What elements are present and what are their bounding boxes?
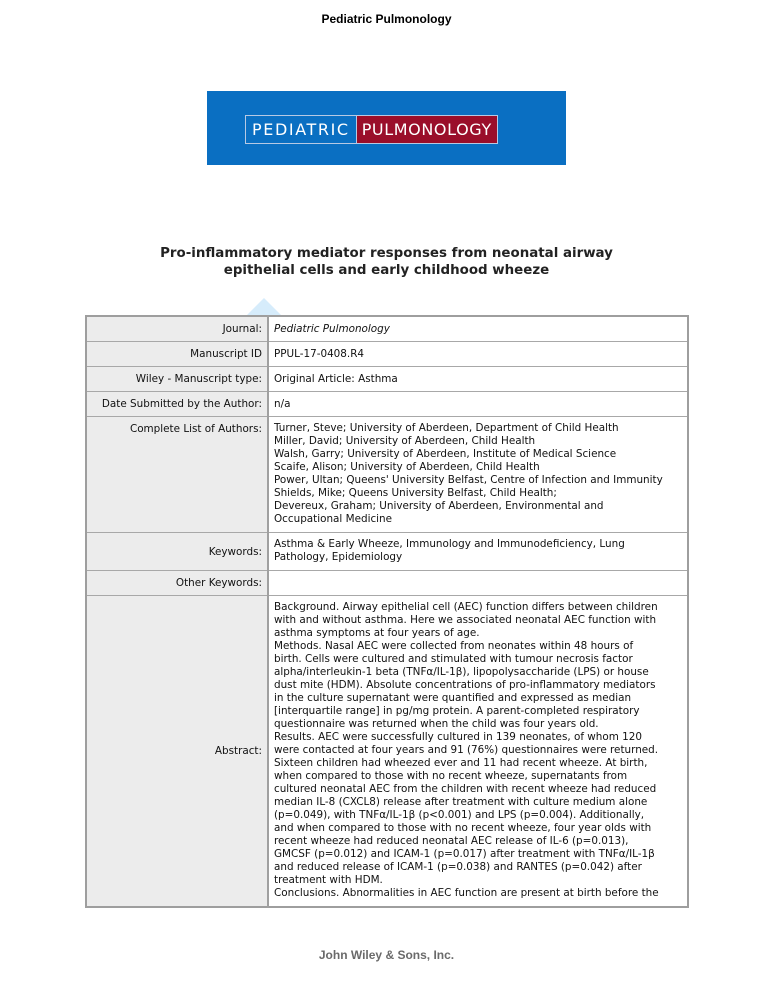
abstract-line: GMCSF (p=0.012) and ICAM-1 (p=0.017) aft…: [274, 848, 682, 861]
table-row-journal: Journal: Pediatric Pulmonology: [86, 316, 688, 342]
authors-value: Turner, Steve; University of Aberdeen, D…: [268, 417, 688, 533]
abstract-line: birth. Cells were cultured and stimulate…: [274, 653, 682, 666]
abstract-line: (p=0.049), with TNFα/IL-1β (p<0.001) and…: [274, 809, 682, 822]
author-line: Scaife, Alison; University of Aberdeen, …: [274, 461, 682, 474]
abstract-line: when compared to those with no recent wh…: [274, 770, 682, 783]
manuscript-id-label: Manuscript ID: [86, 342, 268, 367]
abstract-line: and reduced release of ICAM-1 (p=0.038) …: [274, 861, 682, 874]
date-submitted-label: Date Submitted by the Author:: [86, 392, 268, 417]
keywords-line: Pathology, Epidemiology: [274, 551, 682, 564]
abstract-line: Methods. Nasal AEC were collected from n…: [274, 640, 682, 653]
abstract-line: and when compared to those with no recen…: [274, 822, 682, 835]
authors-label: Complete List of Authors:: [86, 417, 268, 533]
watermark-chevron-icon: [246, 298, 282, 316]
author-line: Devereux, Graham; University of Aberdeen…: [274, 500, 682, 513]
author-line: Walsh, Garry; University of Aberdeen, In…: [274, 448, 682, 461]
logo-wordmark: PEDIATRIC PULMONOLOGY: [245, 115, 498, 144]
abstract-line: Results. AEC were successfully cultured …: [274, 731, 682, 744]
abstract-line: recent wheeze had reduced neonatal AEC r…: [274, 835, 682, 848]
abstract-line: asthma symptoms at four years of age.: [274, 627, 682, 640]
paper-title-line-2: epithelial cells and early childhood whe…: [0, 262, 773, 279]
logo-text-pediatric: PEDIATRIC: [246, 116, 357, 143]
author-line: Occupational Medicine: [274, 513, 682, 526]
abstract-line: dust mite (HDM). Absolute concentrations…: [274, 679, 682, 692]
keywords-line: Asthma & Early Wheeze, Immunology and Im…: [274, 538, 682, 551]
keywords-label: Keywords:: [86, 533, 268, 571]
abstract-line: questionnaire was returned when the chil…: [274, 718, 682, 731]
paper-title-line-1: Pro-inflammatory mediator responses from…: [0, 245, 773, 262]
abstract-line: treatment with HDM.: [274, 874, 682, 887]
journal-logo: PEDIATRIC PULMONOLOGY: [207, 91, 566, 165]
manuscript-id-value: PPUL-17-0408.R4: [268, 342, 688, 367]
table-row-authors: Complete List of Authors: Turner, Steve;…: [86, 417, 688, 533]
logo-text-pulmonology: PULMONOLOGY: [357, 116, 497, 143]
abstract-line: Sixteen children had wheezed ever and 11…: [274, 757, 682, 770]
table-row-manuscript-id: Manuscript ID PPUL-17-0408.R4: [86, 342, 688, 367]
running-header-journal-name: Pediatric Pulmonology: [0, 12, 773, 26]
manuscript-metadata-table: Journal: Pediatric Pulmonology Manuscrip…: [85, 315, 689, 908]
journal-value: Pediatric Pulmonology: [268, 316, 688, 342]
author-line: Turner, Steve; University of Aberdeen, D…: [274, 422, 682, 435]
table-row-manuscript-type: Wiley - Manuscript type: Original Articl…: [86, 367, 688, 392]
abstract-line: [interquartile range] in pg/mg protein. …: [274, 705, 682, 718]
keywords-value: Asthma & Early Wheeze, Immunology and Im…: [268, 533, 688, 571]
author-line: Miller, David; University of Aberdeen, C…: [274, 435, 682, 448]
paper-title: Pro-inflammatory mediator responses from…: [0, 245, 773, 279]
author-line: Shields, Mike; Queens University Belfast…: [274, 487, 682, 500]
abstract-line: were contacted at four years and 91 (76%…: [274, 744, 682, 757]
abstract-line: in the culture supernatant were quantifi…: [274, 692, 682, 705]
other-keywords-value: [268, 571, 688, 596]
table-row-date-submitted: Date Submitted by the Author: n/a: [86, 392, 688, 417]
abstract-label: Abstract:: [86, 596, 268, 908]
abstract-value: Background. Airway epithelial cell (AEC)…: [268, 596, 688, 908]
table-row-keywords: Keywords: Asthma & Early Wheeze, Immunol…: [86, 533, 688, 571]
abstract-line: median IL-8 (CXCL8) release after treatm…: [274, 796, 682, 809]
manuscript-type-label: Wiley - Manuscript type:: [86, 367, 268, 392]
table-row-abstract: Abstract: Background. Airway epithelial …: [86, 596, 688, 908]
abstract-line: Conclusions. Abnormalities in AEC functi…: [274, 887, 682, 900]
manuscript-type-value: Original Article: Asthma: [268, 367, 688, 392]
abstract-line: cultured neonatal AEC from the children …: [274, 783, 682, 796]
abstract-line: alpha/interleukin-1 beta (TNFα/IL-1β), l…: [274, 666, 682, 679]
table-row-other-keywords: Other Keywords:: [86, 571, 688, 596]
date-submitted-value: n/a: [268, 392, 688, 417]
abstract-line: with and without asthma. Here we associa…: [274, 614, 682, 627]
journal-label: Journal:: [86, 316, 268, 342]
abstract-line: Background. Airway epithelial cell (AEC)…: [274, 601, 682, 614]
publisher-footer: John Wiley & Sons, Inc.: [0, 948, 773, 962]
other-keywords-label: Other Keywords:: [86, 571, 268, 596]
author-line: Power, Ultan; Queens' University Belfast…: [274, 474, 682, 487]
